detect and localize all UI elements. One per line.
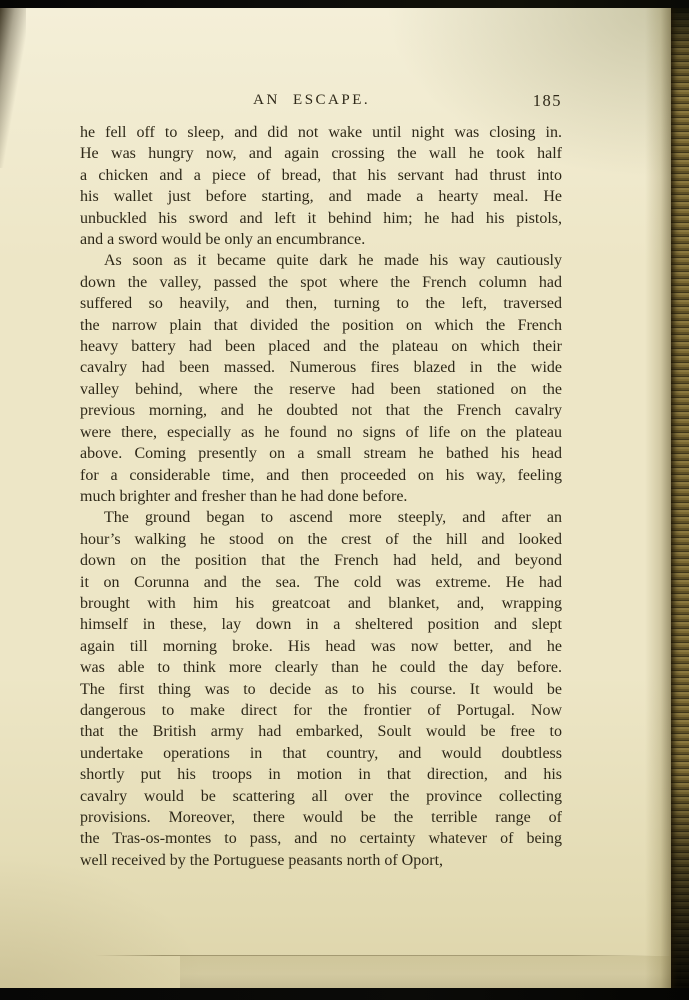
page-header: AN ESCAPE. 185 [80, 92, 562, 112]
text-line: dangerous to make direct for the frontie… [80, 700, 562, 721]
text-line: it on Corunna and the sea. The cold was … [80, 572, 562, 593]
text-line: valley behind, where the reserve had bee… [80, 379, 562, 400]
text-line: his wallet just before starting, and mad… [80, 186, 562, 207]
text-line: cavalry had been massed. Numerous fires … [80, 357, 562, 378]
text-line: previous morning, and he doubted not tha… [80, 400, 562, 421]
text-line: He was hungry now, and again crossing th… [80, 143, 562, 164]
text-line: hour’s walking he stood on the crest of … [80, 529, 562, 550]
text-line: above. Coming presently on a small strea… [80, 443, 562, 464]
text-line: brought with him his greatcoat and blank… [80, 593, 562, 614]
text-line: the narrow plain that divided the positi… [80, 315, 562, 336]
running-head-title: AN ESCAPE. [253, 92, 370, 109]
text-line: was able to think more clearly than he c… [80, 657, 562, 678]
text-line: for a considerable time, and then procee… [80, 465, 562, 486]
text-line: down the valley, passed the spot where t… [80, 272, 562, 293]
text-line: well received by the Portuguese peasants… [80, 850, 562, 871]
text-line: down on the position that the French had… [80, 550, 562, 571]
text-line: undertake operations in that country, an… [80, 743, 562, 764]
text-line: much brighter and fresher than he had do… [80, 486, 562, 507]
text-line: a chicken and a piece of bread, that his… [80, 165, 562, 186]
text-block: he fell off to sleep, and did not wake u… [80, 122, 562, 871]
page-edge-shading [645, 8, 671, 988]
text-line: the Tras-os-montes to pass, and no certa… [80, 828, 562, 849]
text-line: heavy battery had been placed and the pl… [80, 336, 562, 357]
photo-bottom-edge [0, 988, 689, 1000]
page-corner-shadow [0, 8, 26, 168]
book-page-photo: AN ESCAPE. 185 he fell off to sleep, and… [0, 0, 689, 1000]
page-number: 185 [533, 91, 562, 111]
text-line: and a sword would be only an encumbrance… [80, 229, 562, 250]
text-line: shortly put his troops in motion in that… [80, 764, 562, 785]
text-line: provisions. Moreover, there would be the… [80, 807, 562, 828]
text-line: The first thing was to decide as to his … [80, 679, 562, 700]
text-line: were there, especially as he found no si… [80, 422, 562, 443]
photo-top-edge [0, 0, 689, 8]
text-line: cavalry would be scattering all over the… [80, 786, 562, 807]
text-line: The ground began to ascend more steeply,… [80, 507, 562, 528]
text-line: suffered so heavily, and then, turning t… [80, 293, 562, 314]
book-fore-edge [671, 8, 689, 988]
text-line: he fell off to sleep, and did not wake u… [80, 122, 562, 143]
book-page: AN ESCAPE. 185 he fell off to sleep, and… [0, 8, 671, 988]
text-line: unbuckled his sword and left it behind h… [80, 208, 562, 229]
text-line: again till morning broke. His head was n… [80, 636, 562, 657]
text-line: As soon as it became quite dark he made … [80, 250, 562, 271]
text-line: that the British army had embarked, Soul… [80, 721, 562, 742]
text-line: himself in these, lay down in a sheltere… [80, 614, 562, 635]
